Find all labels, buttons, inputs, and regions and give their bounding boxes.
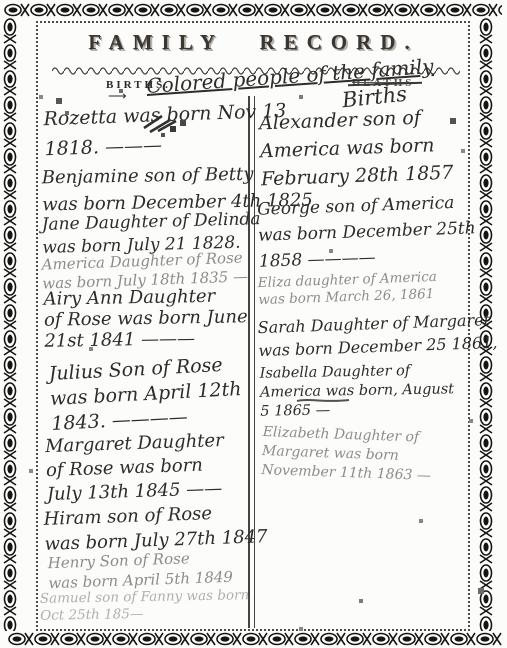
border-left-chain xyxy=(2,18,18,631)
birth-entry: Samuel son of Fanny was born Oct 25th 18… xyxy=(40,587,250,625)
birth-entry: Alexander son of America was born Februa… xyxy=(259,103,454,194)
birth-entry: Elizabeth Daughter of Margaret was born … xyxy=(261,423,432,486)
birth-entry: Airy Ann Daughter of Rose was born June … xyxy=(43,285,248,352)
page-title: FAMILY RECORD. xyxy=(0,30,507,55)
entry-line: Oct 25th 185— xyxy=(40,604,250,625)
birth-entry: Margaret Daughter of Rose was born July … xyxy=(45,429,226,507)
entry-line: 5 1865 — xyxy=(260,399,454,421)
birth-entry: Isabella Daughter of America was born, A… xyxy=(260,361,455,421)
birth-entry: George son of America was born December … xyxy=(257,189,477,275)
entry-line: of Rose was born June xyxy=(44,306,248,331)
birth-entry: Eliza daughter of America was born March… xyxy=(257,269,437,309)
entry-line: America was born, August xyxy=(260,380,454,402)
birth-entry: Sarah Daughter of Margaret was born Dece… xyxy=(257,308,498,362)
entry-line: Samuel son of Fanny was born xyxy=(40,587,250,608)
family-record-scan: FAMILY RECORD. BIRTHS. ⟶ DEATHS Colored … xyxy=(0,0,507,648)
birth-entry: Hiram son of Rose was born July 27th 184… xyxy=(43,499,268,557)
ink-scribble xyxy=(142,112,182,139)
ink-scribble xyxy=(296,392,350,410)
paper-specks xyxy=(0,0,2,2)
border-top-chain xyxy=(4,2,502,18)
entry-line: 21st 1841 ——— xyxy=(44,327,248,352)
border-bottom-chain xyxy=(8,631,502,647)
birth-entry: Henry Son of Rose was born April 5th 184… xyxy=(47,547,233,593)
birth-entry: Julius Son of Rose was born April 12th 1… xyxy=(48,352,243,437)
